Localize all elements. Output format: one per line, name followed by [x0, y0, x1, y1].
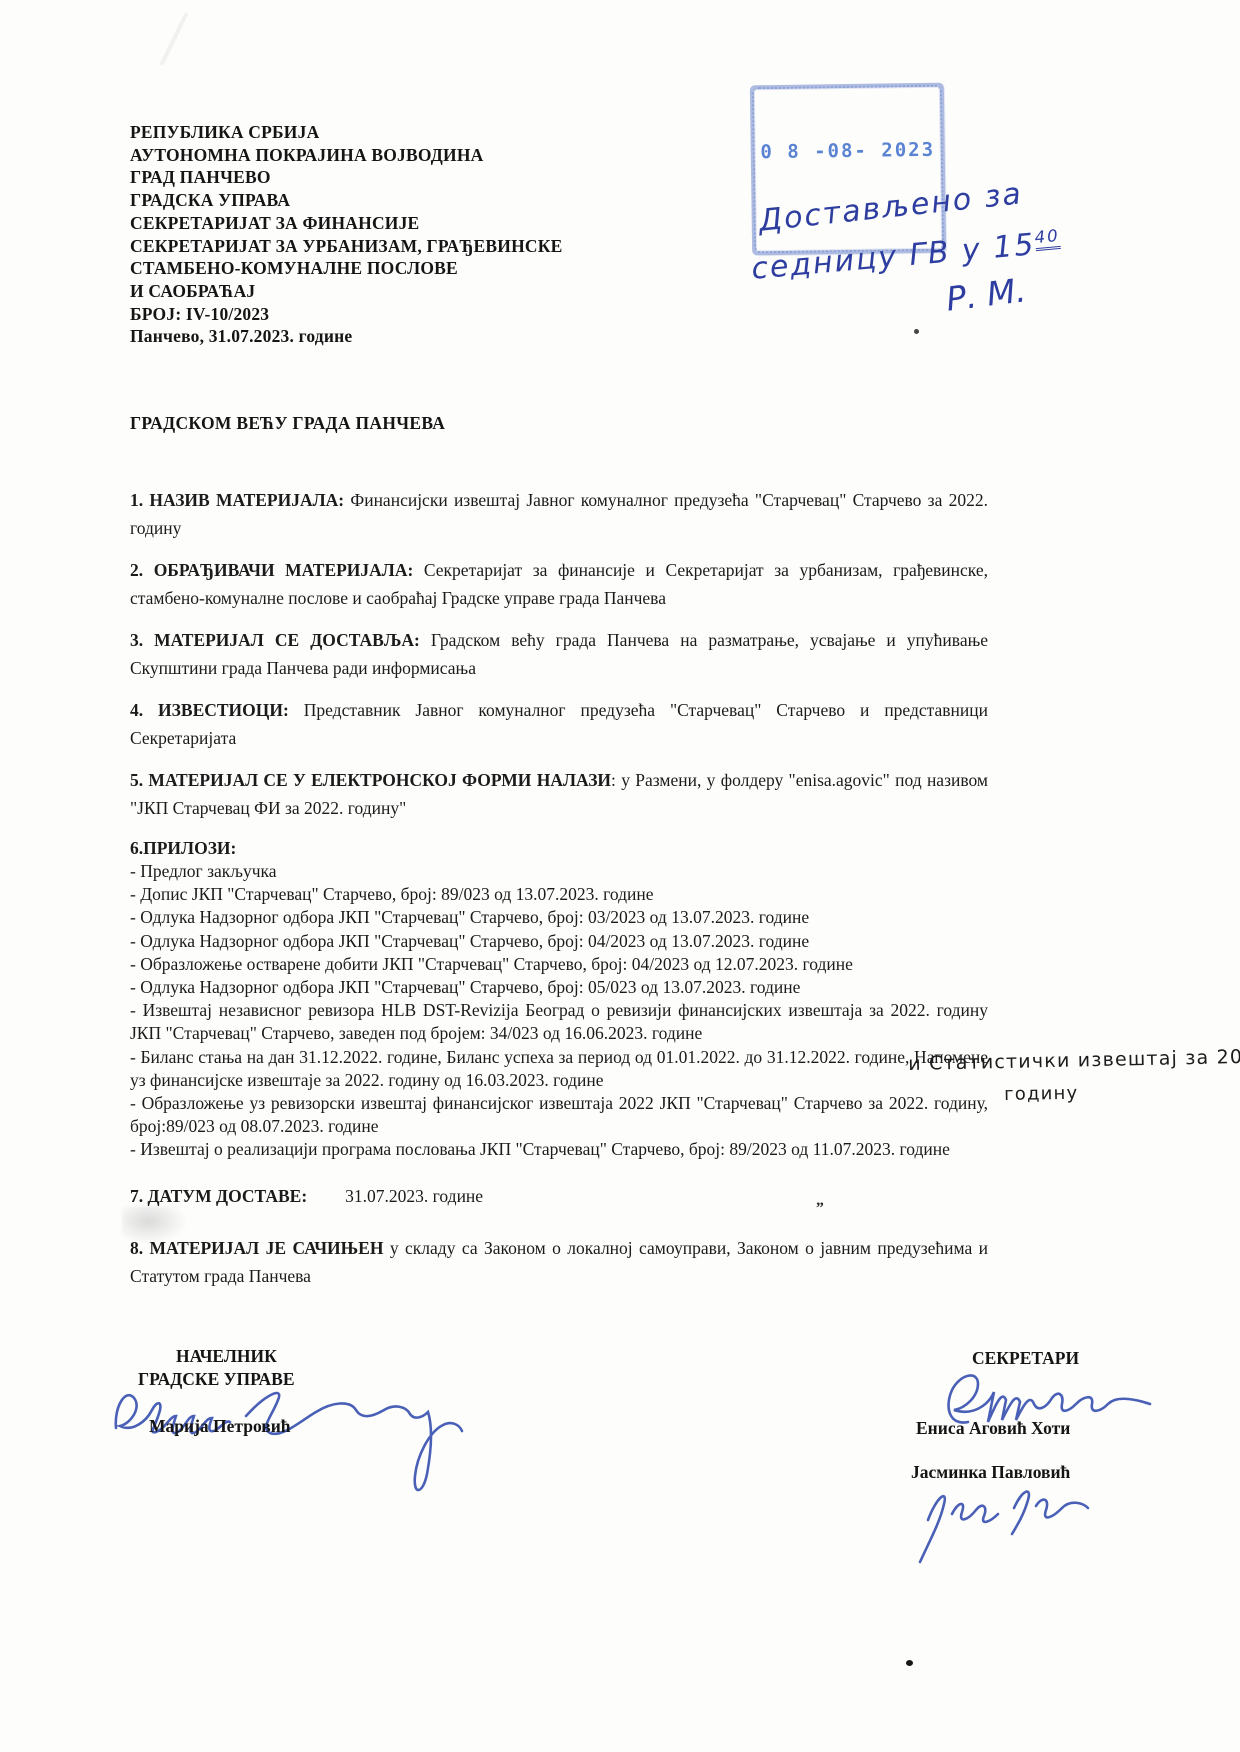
recipient-heading: ГРАДСКОМ ВЕЋУ ГРАДА ПАНЧЕВА [130, 413, 445, 434]
item-2: 2. ОБРАЂИВАЧИ МАТЕРИЈАЛА: Секретаријат з… [130, 556, 988, 612]
attachment-item: - Одлука Надзорног одбора ЈКП "Старчевац… [130, 930, 988, 953]
handwritten-time-superscript: 40 [1034, 226, 1061, 251]
left-signatory-name: Марија Петровић [149, 1416, 291, 1437]
letterhead-line: РЕПУБЛИКА СРБИЈА [130, 121, 563, 144]
item-5: 5. МАТЕРИЈАЛ СЕ У ЕЛЕКТРОНСКОЈ ФОРМИ НАЛ… [130, 766, 988, 822]
signature-jasminka-pavlovic [916, 1478, 1116, 1570]
attachment-item: - Извештај о реализацији програма послов… [130, 1138, 988, 1161]
letterhead-line: БРОЈ: IV-10/2023 [130, 303, 563, 326]
letterhead-line: АУТОНОМНА ПОКРАЈИНА ВОЈВОДИНА [130, 144, 563, 167]
stamp-date: 0 8 -08- 2023 [755, 139, 941, 164]
document-page: РЕПУБЛИКА СРБИЈА АУТОНОМНА ПОКРАЈИНА ВОЈ… [0, 0, 1240, 1752]
attachment-item: - Допис ЈКП "Старчевац" Старчево, број: … [130, 883, 988, 906]
letterhead-line: И САОБРАЋАЈ [130, 280, 563, 303]
letterhead: РЕПУБЛИКА СРБИЈА АУТОНОМНА ПОКРАЈИНА ВОЈ… [130, 121, 563, 348]
attachment-item: - Извештај независног ревизора HLB DST-R… [130, 999, 988, 1045]
scan-smudge-artifact [122, 1206, 188, 1244]
attachment-item: - Образложење остварене добити ЈКП "Стар… [130, 953, 988, 976]
attachment-item: - Предлог закључка [130, 860, 988, 883]
item-1-label: 1. НАЗИВ МАТЕРИЈАЛА: [130, 490, 344, 510]
attachment-item: - Одлука Надзорног одбора ЈКП "Старчевац… [130, 906, 988, 929]
signature-marija-petrovic [112, 1376, 464, 1516]
ink-dot-artifact [906, 1660, 913, 1666]
letterhead-line: Панчево, 31.07.2023. године [130, 325, 563, 348]
item-1: 1. НАЗИВ МАТЕРИЈАЛА: Финансијски извешта… [130, 486, 988, 542]
letterhead-line: СЕКРЕТАРИЈАТ ЗА УРБАНИЗАМ, ГРАЂЕВИНСКЕ [130, 235, 563, 258]
item-4-label: 4. ИЗВЕСТИОЦИ: [130, 700, 289, 720]
item-8: 8. МАТЕРИЈАЛ ЈЕ САЧИЊЕН у складу са Зако… [130, 1234, 988, 1290]
scan-streak-artifact [159, 12, 188, 66]
attachments-heading: 6.ПРИЛОЗИ: [130, 836, 988, 860]
item-5-label: 5. МАТЕРИЈАЛ СЕ У ЕЛЕКТРОНСКОЈ ФОРМИ НАЛ… [130, 770, 611, 790]
handwritten-initials: Р. М. [944, 270, 1028, 318]
attachment-item: - Одлука Надзорног одбора ЈКП "Старчевац… [130, 976, 988, 999]
attachment-item: - Биланс стања на дан 31.12.2022. године… [130, 1046, 988, 1092]
handwritten-addition-godinu: годину [1004, 1083, 1079, 1105]
ink-dot-artifact [914, 329, 919, 334]
item-3-label: 3. МАТЕРИЈАЛ СЕ ДОСТАВЉА: [130, 630, 420, 650]
letterhead-line: СТАМБЕНО-КОМУНАЛНЕ ПОСЛОВЕ [130, 257, 563, 280]
item-2-label: 2. ОБРАЂИВАЧИ МАТЕРИЈАЛА: [130, 560, 413, 580]
delivery-label: 7. ДАТУМ ДОСТАВЕ: [130, 1186, 307, 1206]
left-signatory-title-line1: НАЧЕЛНИК [176, 1346, 277, 1367]
delivery-date-row: 7. ДАТУМ ДОСТАВЕ:31.07.2023. године [130, 1182, 988, 1210]
quote-artifact: „ [816, 1192, 824, 1210]
letterhead-line: ГРАД ПАНЧЕВО [130, 166, 563, 189]
delivery-value: 31.07.2023. године [345, 1186, 483, 1206]
letterhead-line: ГРАДСКА УПРАВА [130, 189, 563, 212]
document-body: 1. НАЗИВ МАТЕРИЈАЛА: Финансијски извешта… [130, 486, 988, 1304]
attachment-item: - Образложење уз ревизорски извештај фин… [130, 1092, 988, 1138]
item-4: 4. ИЗВЕСТИОЦИ: Представник Јавног комуна… [130, 696, 988, 752]
attachments-list: - Предлог закључка - Допис ЈКП "Старчева… [130, 860, 988, 1162]
letterhead-line: СЕКРЕТАРИЈАТ ЗА ФИНАНСИЈЕ [130, 212, 563, 235]
right-signatory-name-1: Ениса Аговић Хоти [916, 1418, 1070, 1439]
item-3: 3. МАТЕРИЈАЛ СЕ ДОСТАВЉА: Градском већу … [130, 626, 988, 682]
